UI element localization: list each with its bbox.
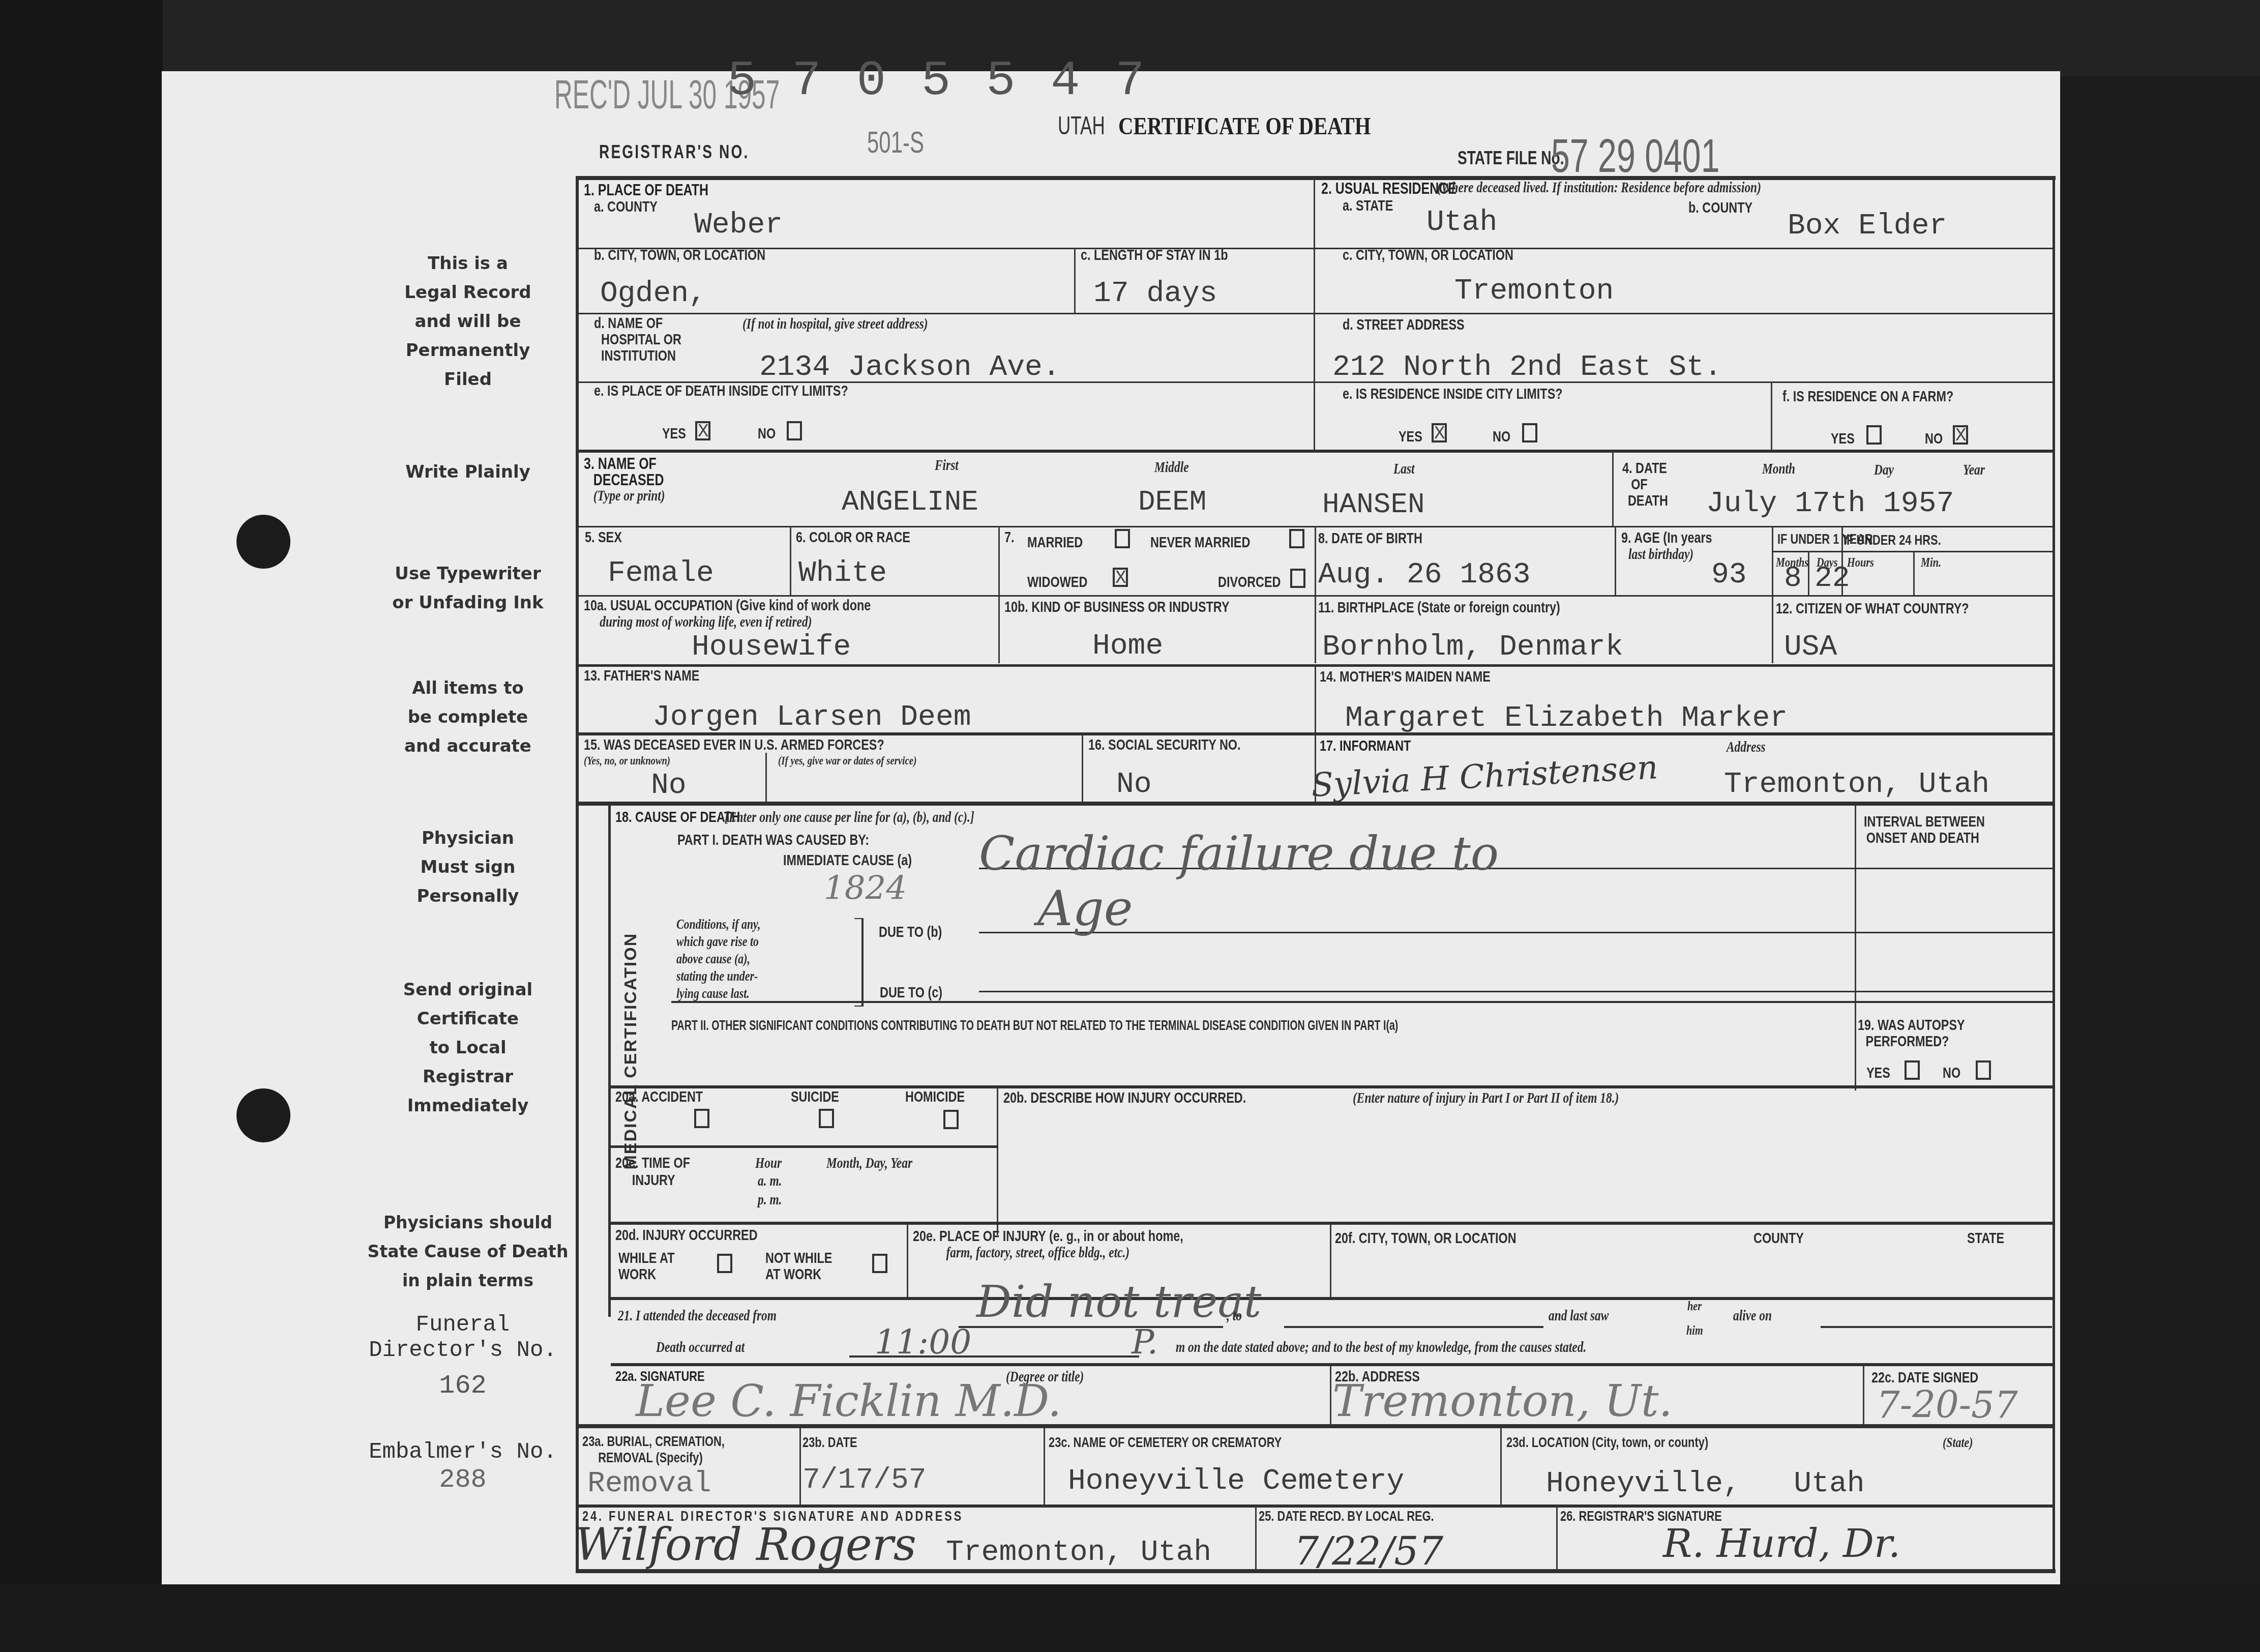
birthplace-value[interactable]: Bornholm, Denmark: [1322, 631, 1623, 664]
autopsy-no-checkbox[interactable]: [1976, 1060, 1991, 1080]
divider-23a-23b: [799, 1428, 801, 1506]
pm-label: p. m.: [758, 1191, 782, 1208]
cause-code: 1824: [824, 870, 907, 907]
state-file-number: 57 29 0401: [1551, 130, 1720, 183]
length-of-stay-value[interactable]: 17 days: [1093, 277, 1217, 310]
age-days-value[interactable]: 22: [1815, 562, 1850, 595]
divider-24-25: [1255, 1507, 1257, 1570]
married-label: MARRIED: [1027, 534, 1083, 551]
race-label: 6. COLOR OR RACE: [796, 529, 910, 546]
divider-15-16: [1082, 734, 1083, 802]
residence-state-label: a. STATE: [1343, 197, 1393, 215]
registrar-signature[interactable]: R. Hurd, Dr.: [1663, 1521, 1900, 1566]
widowed-label: WIDOWED: [1027, 574, 1087, 591]
am-label: a. m.: [758, 1172, 782, 1190]
attended-line-text-c: and last saw: [1549, 1307, 1609, 1324]
interval-label: INTERVAL BETWEEN ONSET AND DEATH: [1864, 814, 1985, 846]
scan-background-bottom: [0, 1584, 2260, 1652]
residence-farm-no-checkbox[interactable]: [1953, 425, 1968, 445]
occupation-label: 10a. USUAL OCCUPATION (Give kind of work…: [584, 598, 871, 630]
sex-label: 5. SEX: [585, 529, 622, 546]
residence-street-value[interactable]: 212 North 2nd East St.: [1332, 351, 1722, 384]
divider-22b-22c: [1863, 1365, 1864, 1424]
autopsy-label: 19. WAS AUTOPSY PERFORMED?: [1858, 1017, 1965, 1050]
age-months-value[interactable]: 8: [1784, 562, 1802, 595]
hour-label: Hour: [755, 1155, 782, 1172]
deceased-middle-name[interactable]: DEEM: [1138, 486, 1206, 518]
attended-line-text-d: alive on: [1733, 1307, 1772, 1324]
injury-occurred-label: 20d. INJURY OCCURRED: [615, 1227, 758, 1244]
title-state: UTAH: [1058, 111, 1105, 140]
divider-23c-23d: [1500, 1428, 1502, 1506]
divider-2e-2f: [1771, 381, 1772, 451]
first-name-label: First: [935, 457, 959, 474]
usual-residence-note: (Where deceased lived. If institution: R…: [1437, 179, 1761, 196]
residence-farm-label: f. IS RESIDENCE ON A FARM?: [1782, 388, 1953, 405]
deceased-first-name[interactable]: ANGELINE: [842, 486, 978, 518]
death-ampm-value[interactable]: P.: [1132, 1322, 1158, 1362]
middle-name-label: Middle: [1154, 459, 1189, 476]
last-name-label: Last: [1393, 460, 1415, 478]
residence-state-value[interactable]: Utah: [1426, 206, 1497, 239]
death-year-label: Year: [1963, 461, 1985, 479]
divider-1-2: [1314, 178, 1315, 451]
side-note-legal-record: This is aLegal Recordand will bePermanen…: [366, 249, 570, 394]
death-day-label: Day: [1874, 461, 1894, 479]
under-year-header-line: [1772, 551, 2054, 552]
armed-forces-label: 15. WAS DECEASED EVER IN U.S. ARMED FORC…: [584, 736, 884, 754]
armed-forces-sub-1: (Yes, no, or unknown): [584, 754, 670, 768]
physician-signature[interactable]: Lee C. Ficklin M.D.: [636, 1376, 1061, 1427]
physician-address[interactable]: Tremonton, Ut.: [1332, 1376, 1673, 1427]
punch-hole-top: [236, 515, 290, 569]
divider-hours-min: [1913, 551, 1915, 595]
funeral-director-no: 162: [346, 1373, 580, 1399]
age-years-value[interactable]: 93: [1711, 558, 1747, 592]
residence-inside-city-no-checkbox[interactable]: [1522, 423, 1537, 442]
last-seen-field-line: [1821, 1326, 2052, 1328]
burial-location-label: 23d. LOCATION (City, town, or county): [1506, 1434, 1708, 1451]
embalmer-no: 288: [346, 1467, 580, 1493]
birthplace-label: 11. BIRTHPLACE (State or foreign country…: [1318, 599, 1560, 616]
date-of-death-value[interactable]: July 17th 1957: [1706, 487, 1954, 520]
mother-name-label: 14. MOTHER'S MAIDEN NAME: [1320, 668, 1491, 686]
place-of-injury-label: 20e. PLACE OF INJURY (e. g., in or about…: [913, 1228, 1183, 1261]
side-note-all-items: All items tobe completeand accurate: [366, 674, 570, 761]
not-while-at-work-checkbox[interactable]: [872, 1254, 887, 1273]
certificate-number: 5 7 0 5 5 4 7: [727, 53, 1148, 109]
hospital-note: (If not in hospital, give street address…: [742, 315, 928, 333]
divider-1b-1c: [1074, 248, 1076, 313]
death-inside-city-no-label: NO: [758, 425, 776, 442]
father-name-label: 13. FATHER'S NAME: [584, 667, 699, 685]
funeral-director-address[interactable]: Tremonton, Utah: [946, 1536, 1211, 1569]
while-at-work-label: WHILE ATWORK: [618, 1250, 674, 1283]
disposition-type-label: 23a. BURIAL, CREMATION, REMOVAL (Specify…: [582, 1433, 725, 1466]
divider-15-sub: [765, 753, 767, 802]
suicide-label: SUICIDE: [791, 1088, 839, 1106]
residence-county-label: b. COUNTY: [1688, 199, 1752, 217]
residence-city-value[interactable]: Tremonton: [1454, 275, 1614, 308]
divider-3-4: [1612, 452, 1614, 527]
divider-6-7: [998, 526, 1000, 663]
side-note-send-original: Send originalCertificateto LocalRegistra…: [366, 976, 570, 1120]
divider-20d-20e: [907, 1224, 908, 1300]
death-time-value[interactable]: 11:00: [875, 1322, 971, 1362]
residence-farm-yes-checkbox[interactable]: [1866, 425, 1882, 445]
never-married-label: NEVER MARRIED: [1150, 534, 1250, 551]
side-note-write-plainly: Write Plainly: [366, 458, 570, 487]
min-label: Min.: [1921, 554, 1941, 570]
due-to-b-value[interactable]: Age: [1037, 880, 1133, 937]
disposition-type-value[interactable]: Removal: [587, 1467, 711, 1500]
part2-label: PART II. OTHER SIGNIFICANT CONDITIONS CO…: [671, 1017, 1398, 1034]
death-city-value[interactable]: Ogden,: [600, 277, 706, 310]
residence-farm-no-label: NO: [1925, 430, 1943, 448]
side-note-physician-sign: PhysicianMust signPersonally: [366, 824, 570, 911]
injury-county-label: COUNTY: [1753, 1230, 1804, 1247]
residence-street-label: d. STREET ADDRESS: [1343, 316, 1465, 334]
time-of-injury-label: 20c. TIME OF INJURY: [615, 1155, 690, 1189]
cause-instruction: [Enter only one cause per line for (a), …: [725, 809, 974, 826]
homicide-checkbox[interactable]: [943, 1110, 959, 1129]
length-of-stay-label: c. LENGTH OF STAY IN 1b: [1081, 247, 1228, 264]
due-to-b-label: DUE TO (b): [879, 924, 942, 941]
death-inside-city-yes-label: YES: [662, 425, 686, 442]
divorced-label: DIVORCED: [1218, 574, 1281, 591]
residence-inside-city-no-label: NO: [1493, 428, 1510, 446]
death-month-label: Month: [1762, 460, 1795, 478]
immediate-cause-label: IMMEDIATE CAUSE (a): [783, 852, 912, 869]
disposition-date-value[interactable]: 7/17/57: [802, 1464, 927, 1497]
hospital-value[interactable]: 2134 Jackson Ave.: [759, 351, 1060, 384]
divider-20a-20b: [997, 1087, 998, 1235]
burial-state-label: (State): [1943, 1434, 1973, 1451]
under-24-hrs-label: IF UNDER 24 HRS.: [1843, 532, 1941, 548]
place-of-death-label: 1. PLACE OF DEATH: [584, 181, 708, 199]
armed-forces-value[interactable]: No: [651, 769, 687, 802]
usual-residence-label: 2. USUAL RESIDENCE: [1321, 179, 1456, 198]
attended-to-field-line: [1284, 1326, 1543, 1328]
hospital-label: d. NAME OF HOSPITAL OR INSTITUTION: [594, 315, 681, 364]
death-city-label: b. CITY, TOWN, OR LOCATION: [594, 247, 765, 264]
divider-20e-20f: [1330, 1224, 1331, 1300]
widowed-checkbox[interactable]: [1113, 568, 1128, 587]
marital-label: 7.: [1004, 529, 1015, 546]
while-at-work-checkbox[interactable]: [717, 1254, 732, 1273]
cause-of-death-header: 18. CAUSE OF DEATH [Enter only one cause…: [615, 809, 776, 826]
death-inside-city-label: e. IS PLACE OF DEATH INSIDE CITY LIMITS?: [594, 382, 848, 400]
attended-from-value[interactable]: Did not treat: [976, 1277, 1261, 1327]
funeral-director-no-label: FuneralDirector's No.: [346, 1312, 580, 1363]
title-text: CERTIFICATE OF DEATH: [1118, 112, 1371, 140]
scan-background-left: [0, 0, 163, 1652]
occupation-value[interactable]: Housewife: [692, 631, 851, 664]
scan-background-top: [163, 0, 2260, 76]
business-label: 10b. KIND OF BUSINESS OR INDUSTRY: [1004, 599, 1229, 616]
row-line-section3: [578, 450, 2054, 453]
autopsy-no-label: NO: [1943, 1065, 1960, 1082]
divider-5-6: [790, 526, 791, 595]
date-signed-value[interactable]: 7-20-57: [1877, 1383, 2018, 1426]
residence-inside-city-yes-checkbox[interactable]: [1432, 423, 1447, 442]
describe-injury-note: (Enter nature of injury in Part I or Par…: [1353, 1089, 1619, 1107]
age-label: 9. AGE (In years last birthday): [1621, 530, 1712, 563]
date-of-death-label: 4. DATE OF DEATH: [1622, 460, 1668, 509]
row-line-22: [611, 1363, 2054, 1366]
form-top-border: [576, 176, 2056, 180]
due-to-c-label: DUE TO (c): [880, 984, 942, 1001]
registrar-no: 501-S: [867, 125, 924, 160]
row-line-10: [578, 595, 2054, 597]
social-security-label: 16. SOCIAL SECURITY NO.: [1088, 736, 1241, 754]
punch-hole-bottom: [236, 1088, 290, 1142]
business-value[interactable]: Home: [1092, 630, 1163, 663]
informant-label: 17. INFORMANT: [1320, 737, 1411, 755]
accident-checkbox[interactable]: [694, 1109, 709, 1128]
row-line-1b: [578, 313, 2054, 314]
side-note-use-typewriter: Use Typewriteror Unfading Ink: [366, 559, 570, 617]
autopsy-yes-label: YES: [1866, 1065, 1890, 1082]
side-note-state-cause: Physicians shouldState Cause of Deathin …: [356, 1208, 580, 1295]
citizen-value[interactable]: USA: [1784, 631, 1837, 664]
row-line-20d: [611, 1222, 2054, 1225]
her-label: her: [1687, 1298, 1702, 1314]
part1-label: PART I. DEATH WAS CAUSED BY:: [677, 832, 869, 849]
him-label: him: [1686, 1322, 1703, 1338]
registrar-no-label: REGISTRAR'S NO.: [599, 141, 749, 163]
citizen-label: 12. CITIZEN OF WHAT COUNTRY?: [1776, 600, 1969, 617]
cemetery-value[interactable]: Honeyville Cemetery: [1068, 1465, 1404, 1498]
medical-cert-column-line: [608, 806, 611, 1317]
attended-line-text-a: 21. I attended the deceased from: [618, 1307, 777, 1324]
hours-label: Hours: [1847, 554, 1874, 570]
cause-line-c: [979, 991, 2054, 992]
part2-line: [671, 1001, 2054, 1003]
death-occurred-text-b: m on the date stated above; and to the b…: [1176, 1339, 1586, 1356]
usual-residence-header: 2. USUAL RESIDENCE (Where deceased lived…: [1321, 179, 1495, 198]
injury-city-label: 20f. CITY, TOWN, OR LOCATION: [1335, 1230, 1516, 1247]
divider-25-26: [1556, 1507, 1558, 1570]
row-line-20c: [611, 1145, 998, 1148]
deceased-last-name[interactable]: HANSEN: [1322, 488, 1425, 521]
father-name-value[interactable]: Jorgen Larsen Deem: [652, 701, 971, 734]
describe-injury-label: 20b. DESCRIBE HOW INJURY OCCURRED.: [1003, 1089, 1246, 1107]
row-line-21: [611, 1297, 2054, 1300]
married-checkbox[interactable]: [1115, 529, 1130, 548]
not-while-at-work-label: NOT WHILEAT WORK: [765, 1250, 832, 1283]
row-line-24: [578, 1504, 2054, 1508]
residence-city-label: c. CITY, TOWN, OR LOCATION: [1343, 247, 1513, 264]
state-file-label: STATE FILE No.: [1458, 147, 1564, 169]
conditions-bracket: [854, 918, 864, 1007]
attended-line-text-b: , to: [1227, 1307, 1242, 1324]
divider-23b-23c: [1044, 1428, 1045, 1506]
homicide-label: HOMICIDE: [905, 1088, 965, 1106]
local-reg-date-value[interactable]: 7/22/57: [1294, 1528, 1443, 1574]
death-inside-city-yes-checkbox[interactable]: [695, 421, 710, 440]
residence-inside-city-label: e. IS RESIDENCE INSIDE CITY LIMITS?: [1343, 386, 1563, 403]
month-day-year-label: Month, Day, Year: [826, 1155, 912, 1172]
embalmer-no-label: Embalmer's No.: [346, 1439, 580, 1465]
armed-forces-sub-2: (If yes, give war or dates of service): [778, 754, 916, 768]
residence-farm-yes-label: YES: [1831, 430, 1855, 448]
divorced-checkbox[interactable]: [1290, 569, 1305, 588]
death-occurred-text: Death occurred at: [656, 1339, 745, 1356]
race-value[interactable]: White: [798, 557, 887, 590]
burial-location-value[interactable]: Honeyville, Utah: [1546, 1467, 1865, 1500]
divider-cause-interval: [1855, 806, 1856, 1090]
residence-inside-city-yes-label: YES: [1399, 428, 1422, 446]
immediate-cause-value[interactable]: Cardiac failure due to: [979, 827, 1499, 881]
cemetery-label: 23c. NAME OF CEMETERY OR CREMATORY: [1049, 1434, 1282, 1451]
cause-of-death-label: 18. CAUSE OF DEATH: [615, 809, 740, 826]
social-security-value[interactable]: No: [1116, 768, 1152, 801]
deceased-name-label: 3. NAME OF DECEASED (Type or print): [584, 455, 688, 504]
funeral-director-signature[interactable]: Wilford Rogers: [575, 1518, 916, 1571]
divider-8-9: [1615, 526, 1616, 595]
divider-22a-22b: [1330, 1365, 1331, 1424]
accident-label: 20a. ACCIDENT: [615, 1088, 703, 1106]
never-married-checkbox[interactable]: [1289, 529, 1304, 548]
row-line-1a: [578, 248, 2054, 249]
local-reg-date-label: 25. DATE RECD. BY LOCAL REG.: [1259, 1508, 1434, 1524]
residence-county-value[interactable]: Box Elder: [1788, 210, 1947, 243]
conditions-note: Conditions, if any, which gave rise to a…: [676, 916, 760, 1002]
suicide-checkbox[interactable]: [819, 1109, 834, 1128]
date-of-birth-value[interactable]: Aug. 26 1863: [1318, 558, 1531, 592]
disposition-date-label: 23b. DATE: [802, 1434, 857, 1451]
informant-address-value[interactable]: Tremonton, Utah: [1724, 768, 1989, 801]
form-left-border: [576, 176, 579, 1572]
divider-7-8: [1315, 526, 1316, 663]
date-of-birth-label: 8. DATE OF BIRTH: [1318, 530, 1422, 547]
death-county-label: a. COUNTY: [594, 198, 658, 216]
death-inside-city-no-checkbox[interactable]: [787, 421, 802, 440]
injury-state-label: STATE: [1967, 1230, 2004, 1247]
certificate-title: UTAH CERTIFICATE OF DEATH: [1058, 111, 1415, 140]
mother-name-value[interactable]: Margaret Elizabeth Marker: [1345, 702, 1788, 735]
divider-9-under1: [1772, 526, 1773, 663]
autopsy-yes-checkbox[interactable]: [1905, 1060, 1920, 1080]
sex-value[interactable]: Female: [608, 557, 714, 590]
cause-line-b: [979, 932, 2054, 933]
informant-address-label: Address: [1727, 739, 1766, 756]
death-county-value[interactable]: Weber: [694, 209, 783, 242]
